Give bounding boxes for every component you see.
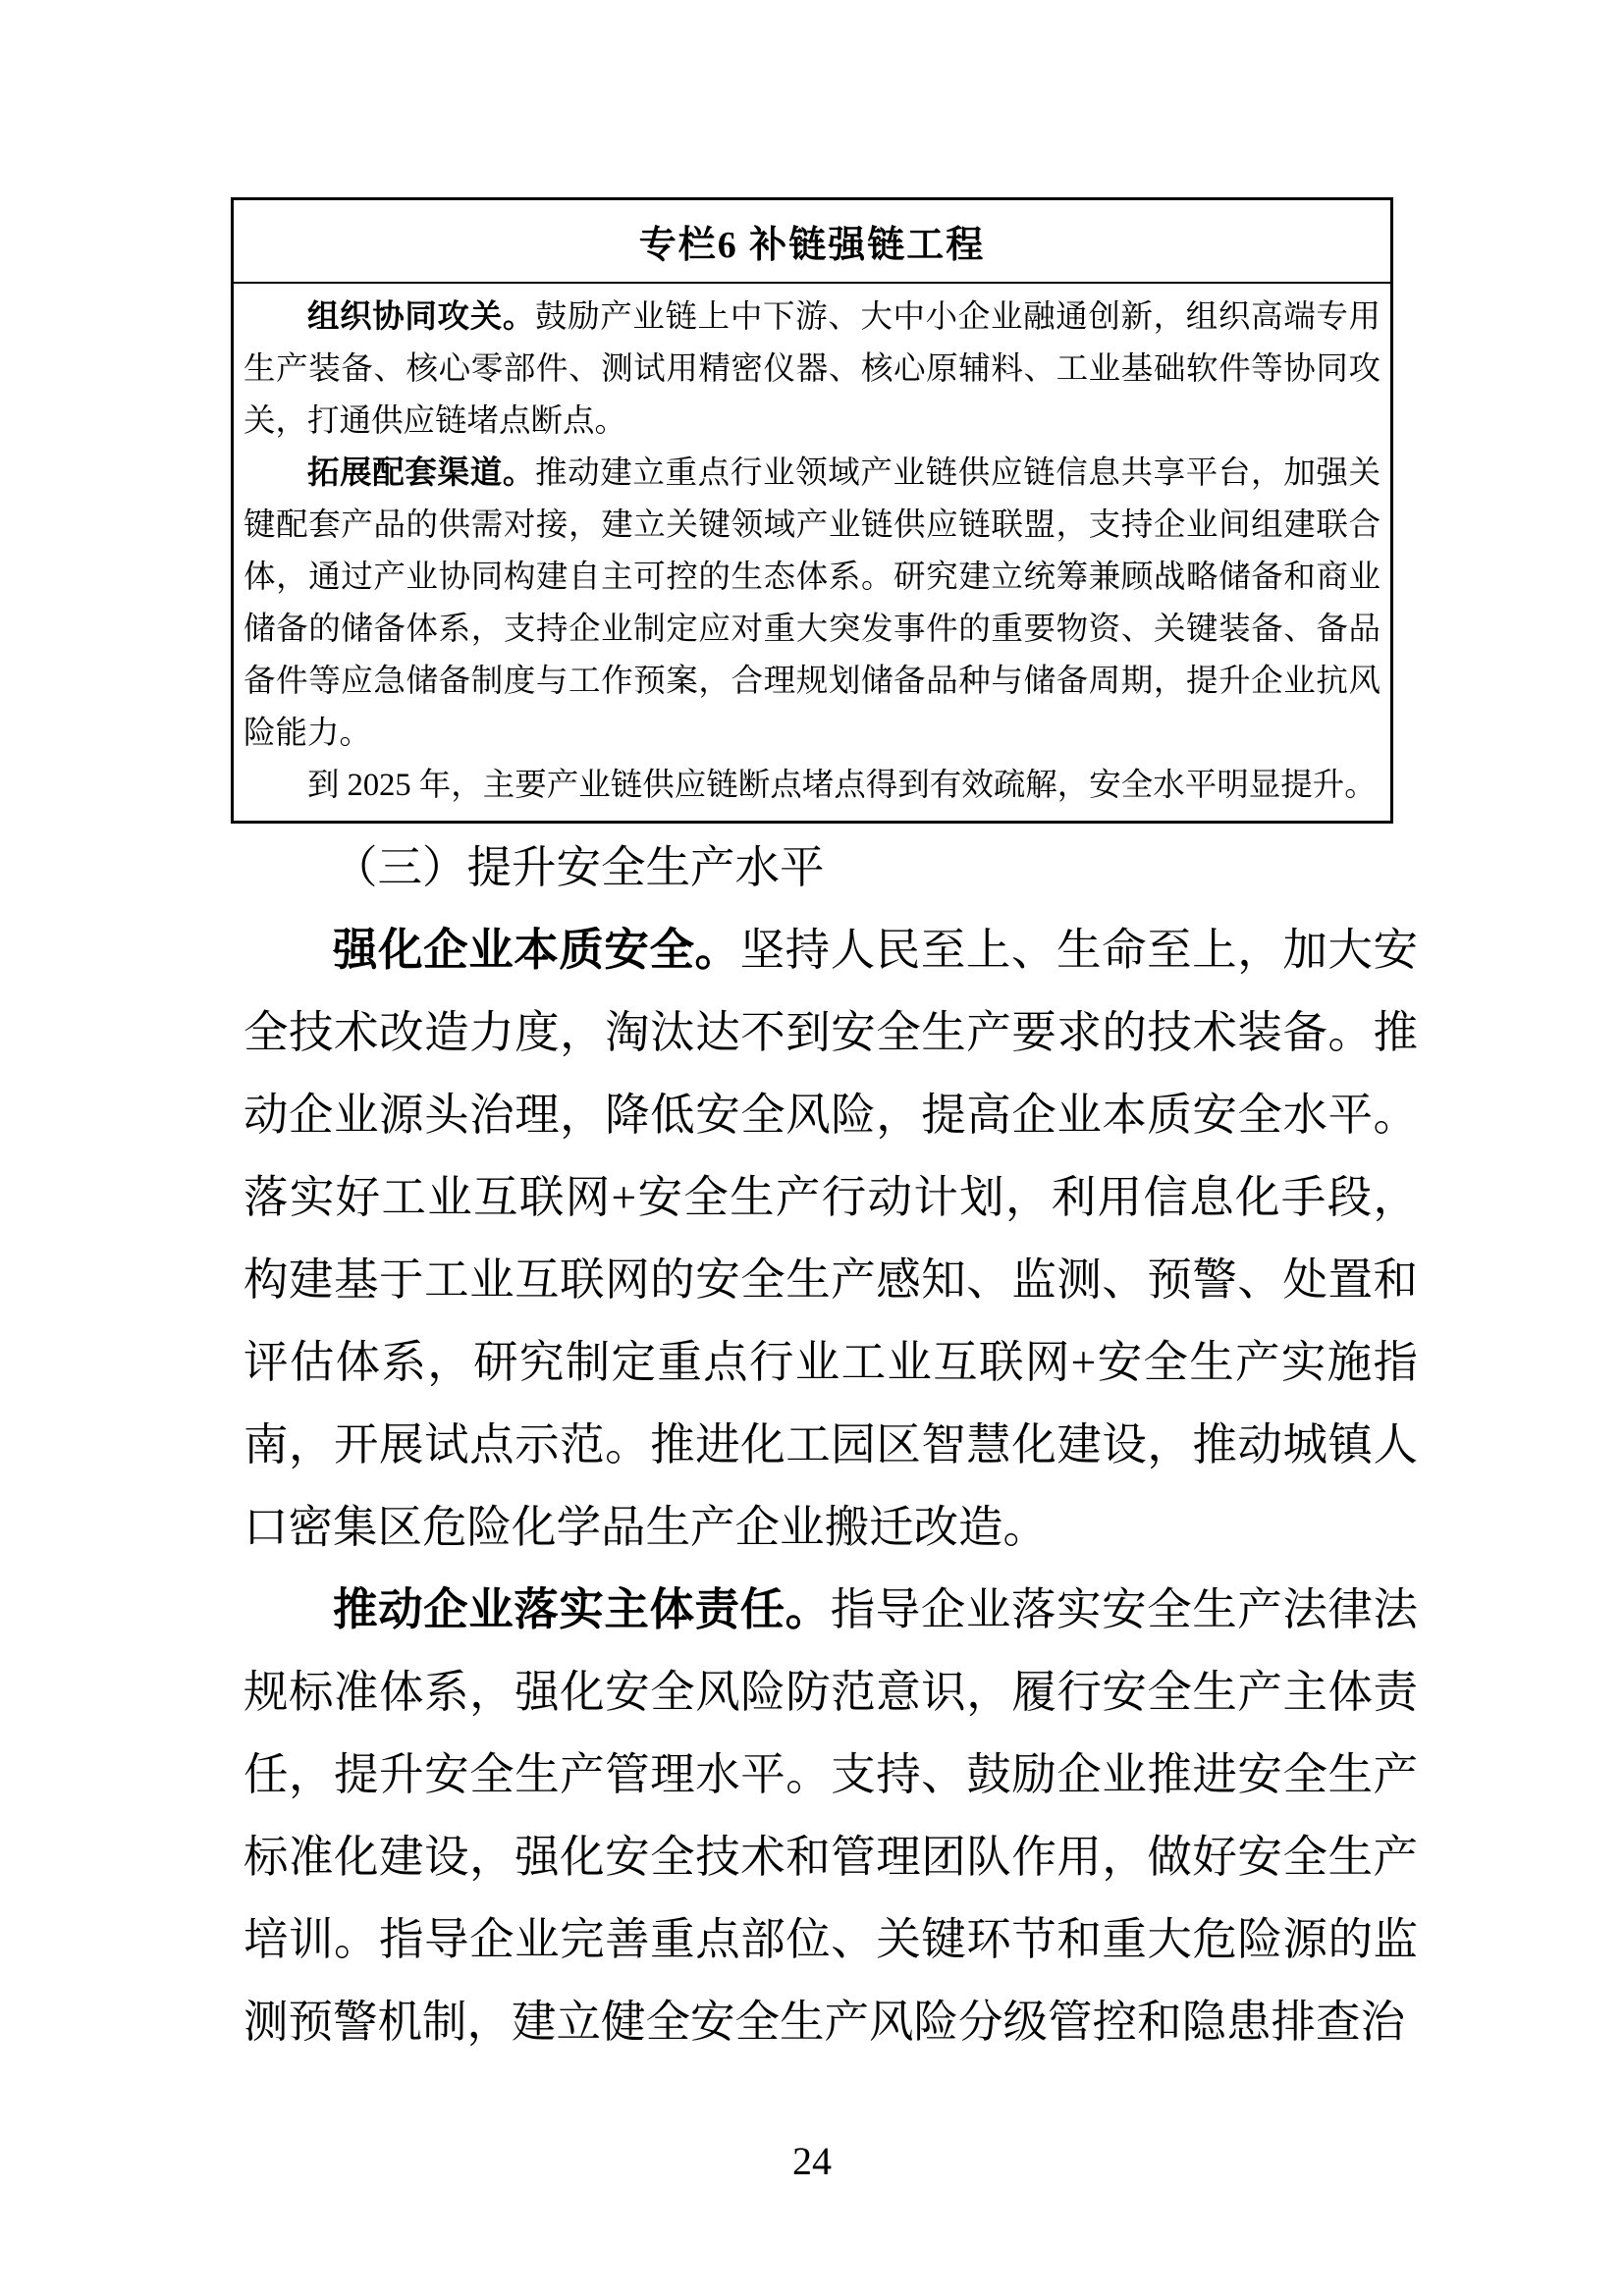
box-paragraph: 到 2025 年，主要产业链供应链断点堵点得到有效疏解，安全水平明显提升。	[244, 760, 1380, 812]
section-content: （三）提升安全生产水平 强化企业本质安全。坚持人民至上、生命至上，加大安全技术改…	[244, 827, 1418, 2063]
paragraph-lead: 推动企业落实主体责任。	[333, 1584, 831, 1634]
box-paragraph: 拓展配套渠道。推动建立重点行业领域产业链供应链信息共享平台，加强关键配套产品的供…	[244, 448, 1380, 760]
section-heading: （三）提升安全生产水平	[244, 827, 1418, 909]
paragraph-lead: 拓展配套渠道。	[307, 455, 535, 491]
special-column-box: 专栏6 补链强链工程 组织协同攻关。鼓励产业链上中下游、大中小企业融通创新，组织…	[231, 197, 1393, 824]
paragraph-lead: 强化企业本质安全。	[333, 925, 740, 975]
paragraph-text: 指导企业落实安全生产法律法规标准体系，强化安全风险防范意识，履行安全生产主体责任…	[244, 1584, 1418, 2047]
paragraph-text: 推动建立重点行业领域产业链供应链信息共享平台，加强关键配套产品的供需对接，建立关…	[244, 455, 1380, 751]
box-title: 专栏6 补链强链工程	[234, 200, 1390, 284]
box-body: 组织协同攻关。鼓励产业链上中下游、大中小企业融通创新，组织高端专用生产装备、核心…	[234, 284, 1390, 821]
page-number: 24	[0, 2138, 1624, 2184]
body-paragraph: 强化企业本质安全。坚持人民至上、生命至上，加大安全技术改造力度，淘汰达不到安全生…	[244, 909, 1418, 1569]
paragraph-text: 坚持人民至上、生命至上，加大安全技术改造力度，淘汰达不到安全生产要求的技术装备。…	[244, 925, 1418, 1552]
paragraph-lead: 组织协同攻关。	[307, 299, 535, 335]
paragraph-text: 到 2025 年，主要产业链供应链断点堵点得到有效疏解，安全水平明显提升。	[307, 768, 1377, 803]
document-page: 专栏6 补链强链工程 组织协同攻关。鼓励产业链上中下游、大中小企业融通创新，组织…	[0, 0, 1624, 2296]
body-paragraph: 推动企业落实主体责任。指导企业落实安全生产法律法规标准体系，强化安全风险防范意识…	[244, 1569, 1418, 2063]
box-paragraph: 组织协同攻关。鼓励产业链上中下游、大中小企业融通创新，组织高端专用生产装备、核心…	[244, 292, 1380, 448]
